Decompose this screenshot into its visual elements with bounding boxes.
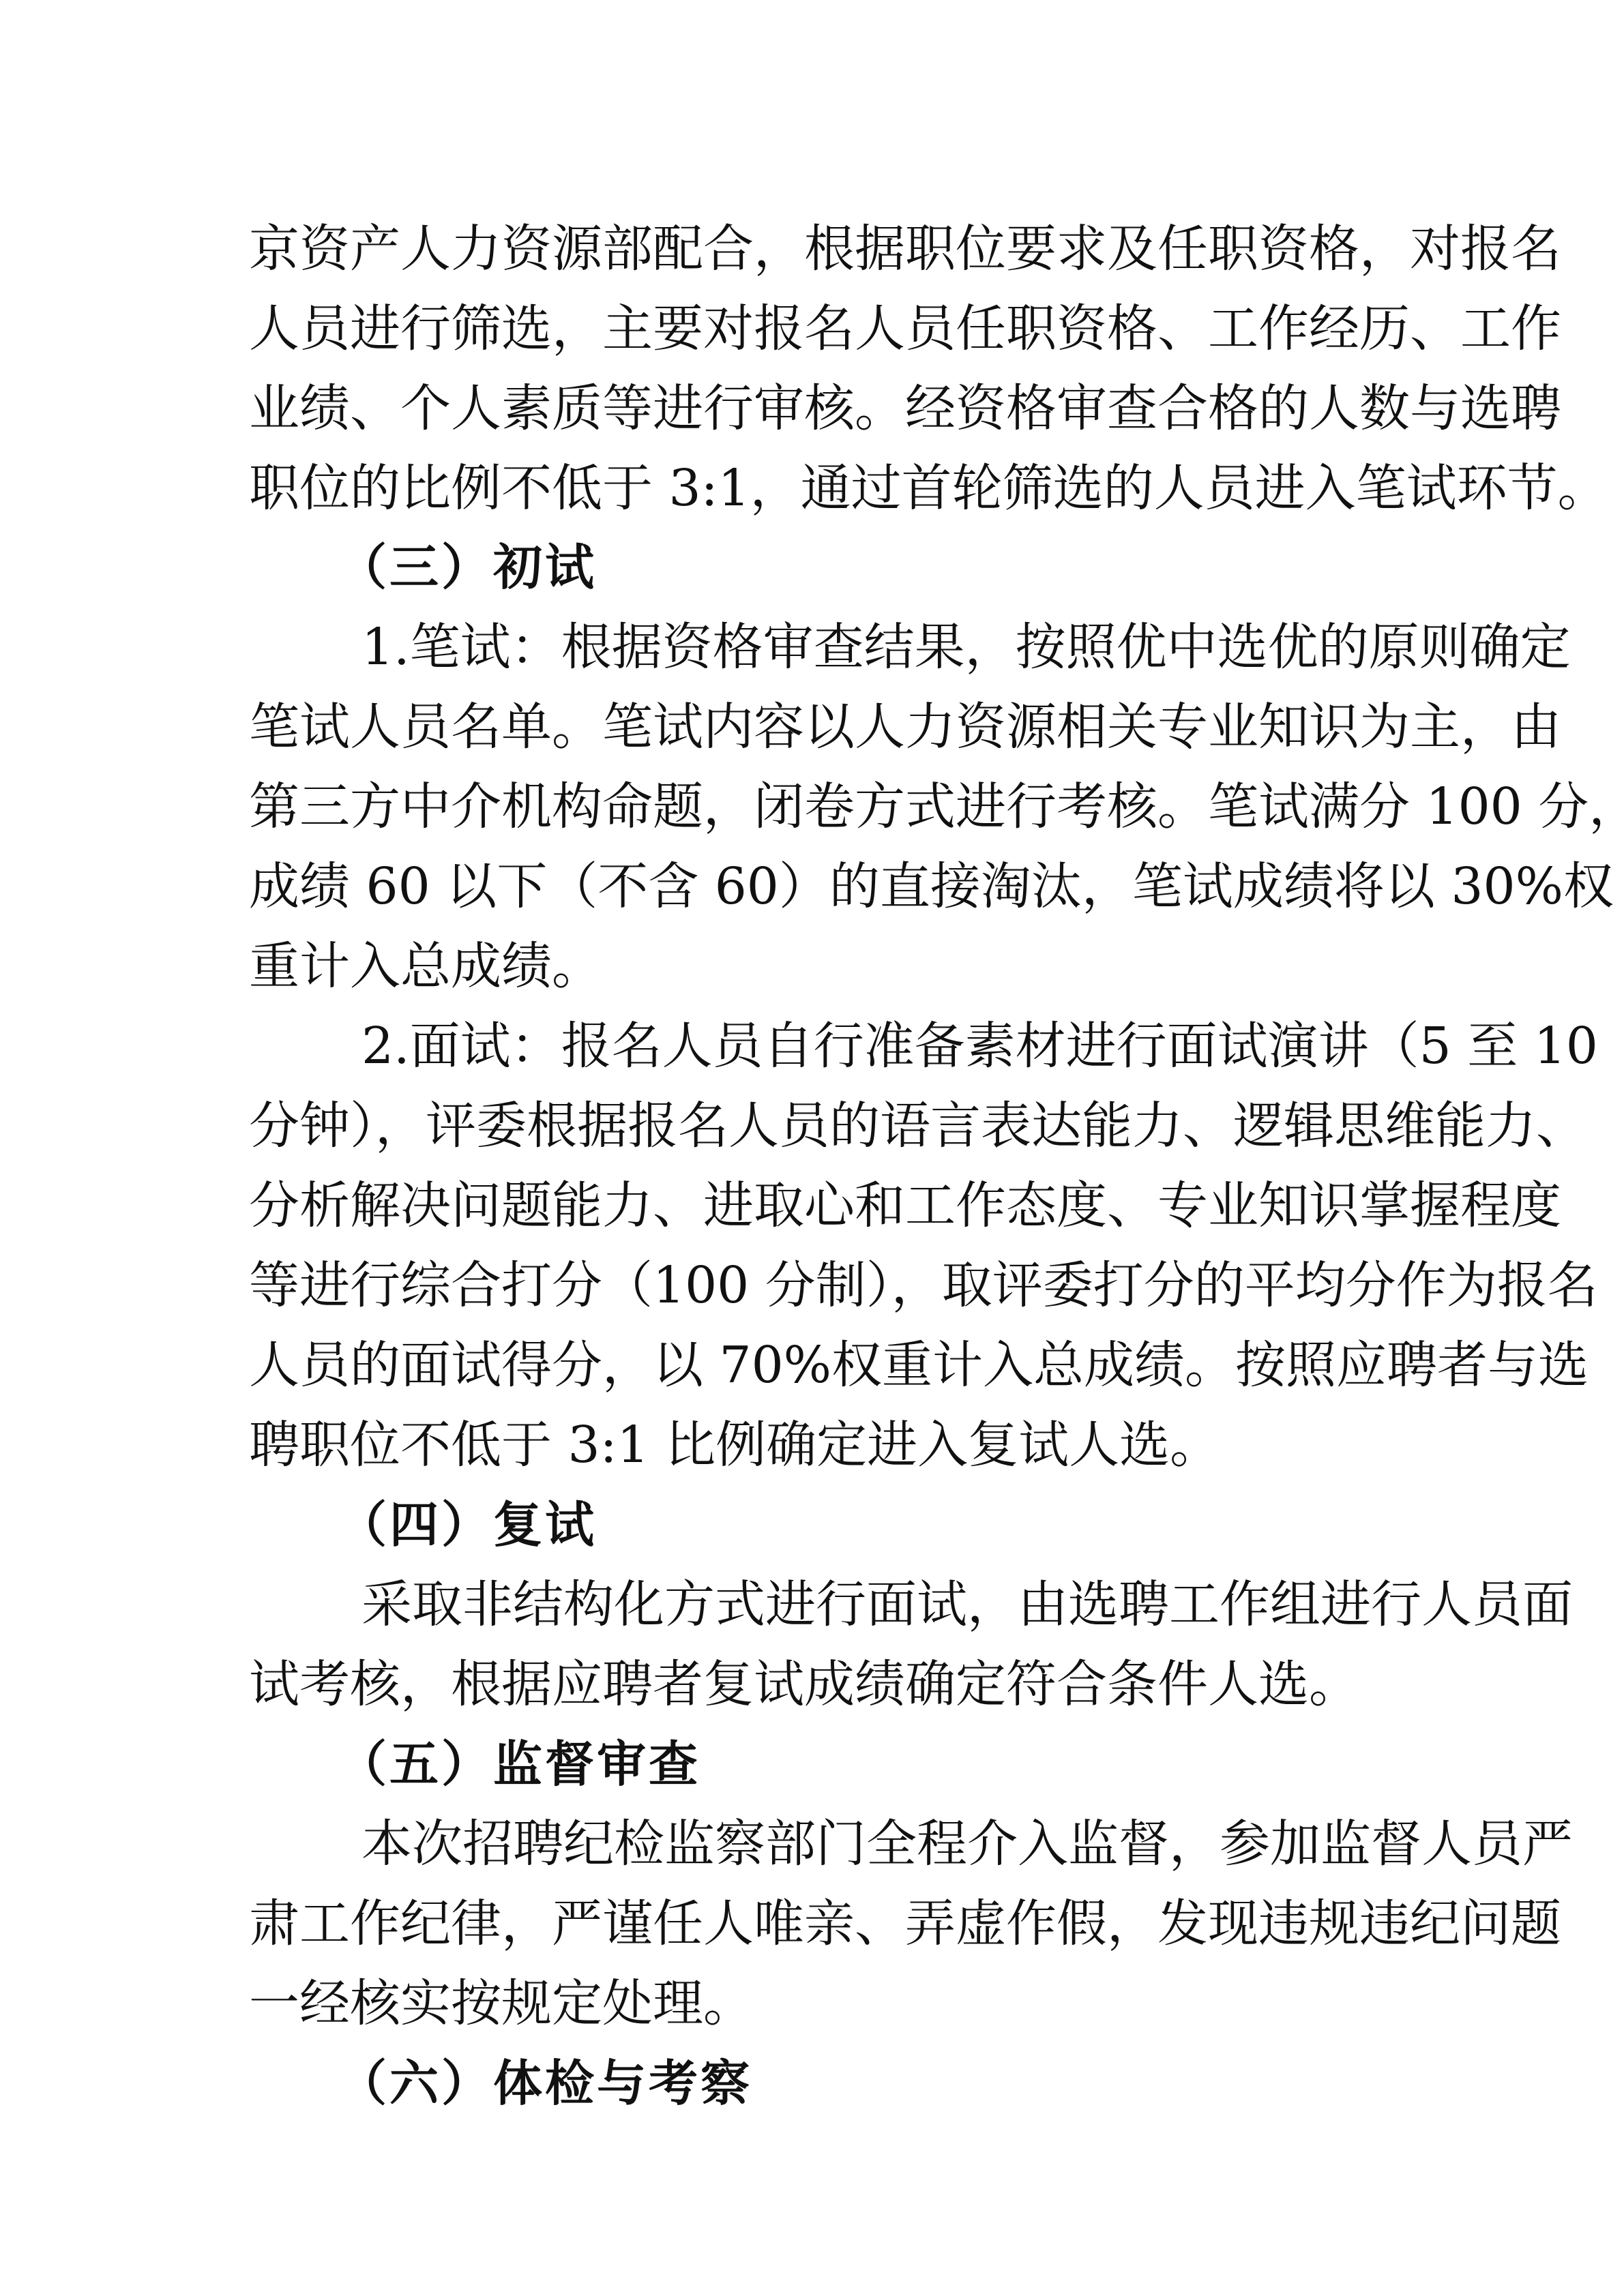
document-page: 京资产人力资源部配合，根据职位要求及任职资格，对报名人员进行筛选，主要对报名人员… — [0, 0, 1624, 2296]
body-text-line: 肃工作纪律，严谨任人唯亲、弄虚作假，发现违规违纪问题 — [249, 1890, 1374, 1958]
paragraph-last-line: 试考核，根据应聘者复试成绩确定符合条件人选。 — [249, 1650, 1374, 1718]
body-text-line: 京资产人力资源部配合，根据职位要求及任职资格，对报名 — [249, 215, 1374, 283]
body-text-line: 第三方中介机构命题，闭卷方式进行考核。笔试满分 100 分， — [249, 773, 1374, 841]
body-text-line: 分钟），评委根据报名人员的语言表达能力、逻辑思维能力、 — [249, 1092, 1374, 1160]
body-text-line: 笔试人员名单。笔试内容以人力资源相关专业知识为主，由 — [249, 693, 1374, 761]
paragraph-first-line: 采取非结构化方式进行面试，由选聘工作组进行人员面 — [361, 1570, 1374, 1639]
section-heading: （六）体检与考察 — [338, 2049, 752, 2117]
section-heading: （五）监督审查 — [338, 1730, 700, 1798]
body-text-line: 人员进行筛选，主要对报名人员任职资格、工作经历、工作 — [249, 295, 1374, 363]
paragraph-first-line: 本次招聘纪检监察部门全程介入监督，参加监督人员严 — [361, 1810, 1374, 1878]
body-text-line: 等进行综合打分（100 分制），取评委打分的平均分作为报名 — [249, 1251, 1374, 1320]
paragraph-first-line: 1.笔试：根据资格审查结果，按照优中选优的原则确定 — [361, 613, 1374, 681]
paragraph-last-line: 聘职位不低于 3:1 比例确定进入复试人选。 — [249, 1411, 1374, 1479]
body-text-line: 分析解决问题能力、进取心和工作态度、专业知识掌握程度 — [249, 1172, 1374, 1240]
section-heading: （四）复试 — [338, 1491, 597, 1559]
paragraph-first-line: 2.面试：报名人员自行准备素材进行面试演讲（5 至 10 — [361, 1012, 1374, 1080]
body-text-line: 职位的比例不低于 3:1，通过首轮筛选的人员进入笔试环节。 — [249, 454, 1374, 522]
body-text-line: 成绩 60 以下（不含 60）的直接淘汰，笔试成绩将以 30%权 — [249, 852, 1374, 921]
paragraph-last-line: 重计入总成绩。 — [249, 932, 1374, 1000]
body-text-line: 业绩、个人素质等进行审核。经资格审查合格的人数与选聘 — [249, 374, 1374, 443]
paragraph-last-line: 一经核实按规定处理。 — [249, 1969, 1374, 2038]
section-heading: （三）初试 — [338, 533, 597, 601]
body-text-line: 人员的面试得分，以 70%权重计入总成绩。按照应聘者与选 — [249, 1331, 1374, 1399]
